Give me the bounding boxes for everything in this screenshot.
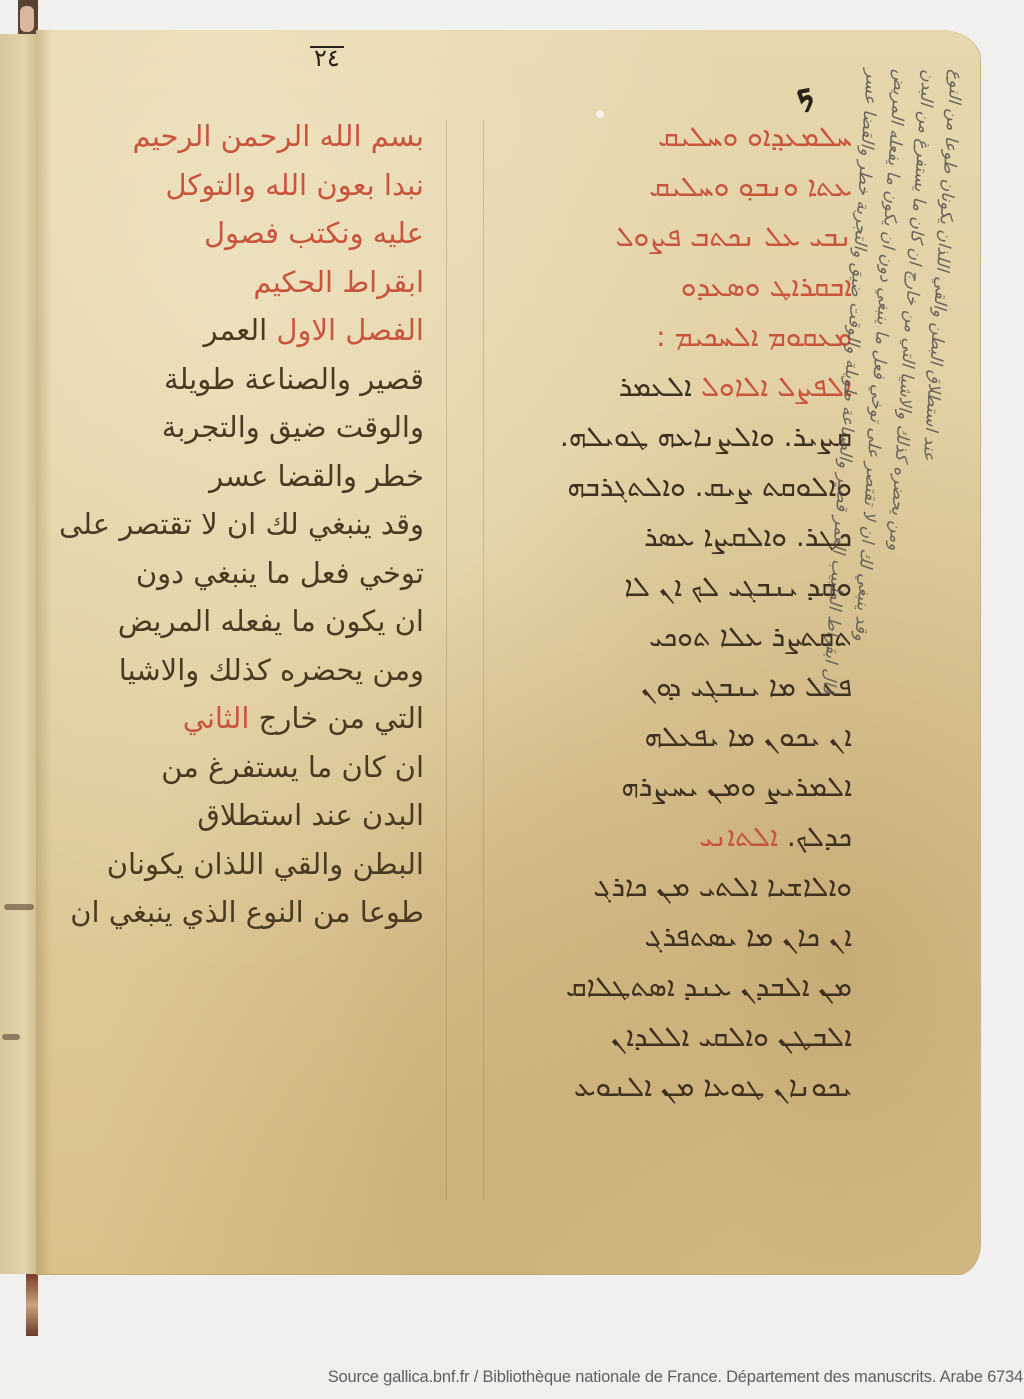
line-text: ان كان ما يستفرغ من xyxy=(161,750,424,784)
line-text: قصير والصناعة طويلة xyxy=(164,362,424,396)
manuscript-line: البطن والقي اللذان يكونان xyxy=(66,840,424,889)
line-text: خطر والقضا عسر xyxy=(209,459,424,493)
line-text: التي من خارج xyxy=(259,701,424,735)
manuscript-line: ܐܠܡܪܝܨ ܘܡܢ ܝܚܨܪܗ xyxy=(484,762,852,812)
manuscript-line: ܐܒܩܪܐܛ ܘܣܥܕܘ xyxy=(484,262,852,312)
arabic-text-column: بسم الله الرحمن الرحيمنبدا بعون الله وال… xyxy=(66,112,424,937)
line-text: عليه ونكتب فصول xyxy=(204,216,424,250)
line-text: ܟܛܪ. ܘܐܠܩܨܐ ܥܣܪ xyxy=(644,520,852,553)
prev-leaf-ink-stroke xyxy=(2,1034,20,1040)
line-text: ܡܢ ܐܠܒܕܢ ܥܢܕ ܐܣܬܛܠܐܩ xyxy=(566,970,852,1003)
line-text: وقد ينبغي لك ان لا تقتصر على xyxy=(59,507,424,541)
column-ruling-line xyxy=(446,120,447,1200)
manuscript-line: ܐܠܦܨܠ ܐܠܐܘܠ ܐܠܥܡܪ xyxy=(484,362,852,412)
line-text: ܩܨܝܪ. ܘܐܠܨܢܐܥܗ ܛܘܝܠܗ. xyxy=(560,420,852,453)
line-text: ܐܢ ܝܟܘܢ ܡܐ ܝܦܥܠܗ xyxy=(645,720,852,753)
line-text: توخي فعل ما ينبغي دون xyxy=(136,556,424,590)
line-text: ܘܐܠܘܩܬ ܨܝܩ. ܘܐܠܬܓܪܒܗ xyxy=(567,470,852,503)
manuscript-line: ܘܩܕ ܝܢܒܓܝ ܠܟ ܐܢ ܠܐ xyxy=(484,562,852,612)
manuscript-line: توخي فعل ما ينبغي دون xyxy=(66,549,424,598)
line-text: ܘܐܠܐܫܝܐ ܐܠܬܝ ܡܢ ܟܐܪܓ xyxy=(593,870,852,903)
marginal-pencil-notes: قال ابقراط الطبيب العمر قصير والصناعة طو… xyxy=(834,70,974,1270)
manuscript-line: ܘܐܠܘܩܬ ܨܝܩ. ܘܐܠܬܓܪܒܗ xyxy=(484,462,852,512)
manuscript-line: ܘܐܠܐܫܝܐ ܐܠܬܝ ܡܢ ܟܐܪܓ xyxy=(484,862,852,912)
manuscript-line: بسم الله الرحمن الرحيم xyxy=(66,112,424,161)
line-text: ܐܒܩܪܐܛ ܘܣܥܕܘ xyxy=(681,270,852,303)
manuscript-line: ܬܩܬܨܪ ܥܠܐ ܬܘܟܝ xyxy=(484,612,852,662)
line-text: ܚܠܡܥܕ݂ܐܘ ܘܚܠܝܩ xyxy=(658,120,852,153)
manuscript-line: ܦܥܠ ܡܐ ܝܢܒܓܝ ܕܘܢ xyxy=(484,662,852,712)
manuscript-line: خطر والقضا عسر xyxy=(66,452,424,501)
line-text-suffix: ܐܠܥܡܪ xyxy=(619,370,701,403)
line-text: البطن والقي اللذان يكونان xyxy=(107,847,424,881)
manuscript-line: عليه ونكتب فصول xyxy=(66,209,424,258)
folio-number-syriac: ܟ xyxy=(796,72,814,112)
manuscript-viewer: ٢٤ ܟ بسم الله الرحمن الرحيمنبدا بعون الل… xyxy=(0,0,1024,1360)
line-text: بسم الله الرحمن الرحيم xyxy=(133,119,424,153)
line-text: نبدا بعون الله والتوكل xyxy=(165,168,424,202)
manuscript-line: ܢܒܝ ܥܠ ܢܟܬܒ ܦܨܘܠ xyxy=(484,212,852,262)
manuscript-line: ܩܨܝܪ. ܘܐܠܨܢܐܥܗ ܛܘܝܠܗ. xyxy=(484,412,852,462)
garshuni-text-column: ܚܠܡܥܕ݂ܐܘ ܘܚܠܝܩܥܬܐ ܘܢܒܘ݂ ܘܚܠܝܩܢܒܝ ܥܠ ܢܟܬܒ… xyxy=(484,112,852,1112)
manuscript-line: الفصل الاول العمر xyxy=(66,306,424,355)
manuscript-line: طوعا من النوع الذي ينبغي ان xyxy=(66,888,424,937)
manuscript-line: نبدا بعون الله والتوكل xyxy=(66,161,424,210)
manuscript-line: والوقت ضيق والتجربة xyxy=(66,403,424,452)
manuscript-line: ܟܕܠܟ. ܐܠܬܐܢܝ xyxy=(484,812,852,862)
line-text: ܘܩܕ ܝܢܒܓܝ ܠܟ ܐܢ ܠܐ xyxy=(624,570,852,603)
line-text-suffix: ܐܠܬܐܢܝ xyxy=(699,820,787,853)
manuscript-line: قصير والصناعة طويلة xyxy=(66,355,424,404)
manuscript-line: ܐܠܒܛܢ ܘܐܠܩܝ ܐܠܠܕܐܢ xyxy=(484,1012,852,1062)
previous-leaf-edge xyxy=(0,34,41,1274)
folio-number-arabic: ٢٤ xyxy=(314,44,340,72)
manuscript-line: ܥܬܐ ܘܢܒܘ݂ ܘܚܠܝܩ xyxy=(484,162,852,212)
line-text: ان يكون ما يفعله المريض xyxy=(118,604,424,638)
source-caption: Source gallica.bnf.fr / Bibliothèque nat… xyxy=(328,1368,1024,1392)
manuscript-line: وقد ينبغي لك ان لا تقتصر على xyxy=(66,500,424,549)
line-text: الفصل الاول xyxy=(276,313,424,347)
manuscript-line: ومن يحضره كذلك والاشيا xyxy=(66,646,424,695)
manuscript-line: ܐܢ ܝܟܘܢ ܡܐ ܝܦܥܠܗ xyxy=(484,712,852,762)
line-text: ومن يحضره كذلك والاشيا xyxy=(119,653,424,687)
manuscript-line: ܝܟܘܢܐܢ ܛܘܥܐ ܡܢ ܐܠܢܘܥ xyxy=(484,1062,852,1112)
line-text: ܢܒܝ ܥܠ ܢܟܬܒ ܦܨܘܠ xyxy=(615,220,852,253)
prev-leaf-ink-stroke xyxy=(4,904,34,910)
binding-thread-top xyxy=(18,0,38,34)
manuscript-line: ܡܥܩܘܡ ܐܠܚܟܝܡ : xyxy=(484,312,852,362)
line-text: ܐܠܦܨܠ ܐܠܐܘܠ xyxy=(701,370,852,403)
manuscript-line: البدن عند استطلاق xyxy=(66,791,424,840)
line-text: ابقراط الحكيم xyxy=(253,265,424,299)
binding-thread-bottom xyxy=(26,1274,38,1336)
manuscript-line: ܐܢ ܟܐܢ ܡܐ ܝܣܬܦܪܓ xyxy=(484,912,852,962)
manuscript-line: ان كان ما يستفرغ من xyxy=(66,743,424,792)
line-text: البدن عند استطلاق xyxy=(197,798,424,832)
line-text: ܝܟܘܢܐܢ ܛܘܥܐ ܡܢ ܐܠܢܘܥ xyxy=(574,1070,852,1103)
line-text: ܡܥܩܘܡ ܐܠܚܟܝܡ : xyxy=(656,320,852,353)
manuscript-line: ܚܠܡܥܕ݂ܐܘ ܘܚܠܝܩ xyxy=(484,112,852,162)
manuscript-line: ان يكون ما يفعله المريض xyxy=(66,597,424,646)
manuscript-line: التي من خارج الثاني xyxy=(66,694,424,743)
manuscript-page: ٢٤ ܟ بسم الله الرحمن الرحيمنبدا بعون الل… xyxy=(36,30,980,1274)
line-text-suffix: الثاني xyxy=(183,701,259,735)
line-text: طوعا من النوع الذي ينبغي ان xyxy=(70,895,424,929)
manuscript-line: ܡܢ ܐܠܒܕܢ ܥܢܕ ܐܣܬܛܠܐܩ xyxy=(484,962,852,1012)
gutter-shadow xyxy=(36,30,52,1274)
line-text: ܐܠܒܛܢ ܘܐܠܩܝ ܐܠܠܕܐܢ xyxy=(611,1020,852,1053)
line-text: ܥܬܐ ܘܢܒܘ݂ ܘܚܠܝܩ xyxy=(649,170,852,203)
manuscript-line: ܟܛܪ. ܘܐܠܩܨܐ ܥܣܪ xyxy=(484,512,852,562)
line-text: ܐܠܡܪܝܨ ܘܡܢ ܝܚܨܪܗ xyxy=(621,770,852,803)
manuscript-line: ابقراط الحكيم xyxy=(66,258,424,307)
line-text-suffix: العمر xyxy=(204,313,277,347)
line-text: ܐܢ ܟܐܢ ܡܐ ܝܣܬܦܪܓ xyxy=(644,920,852,953)
line-text: والوقت ضيق والتجربة xyxy=(162,410,424,444)
